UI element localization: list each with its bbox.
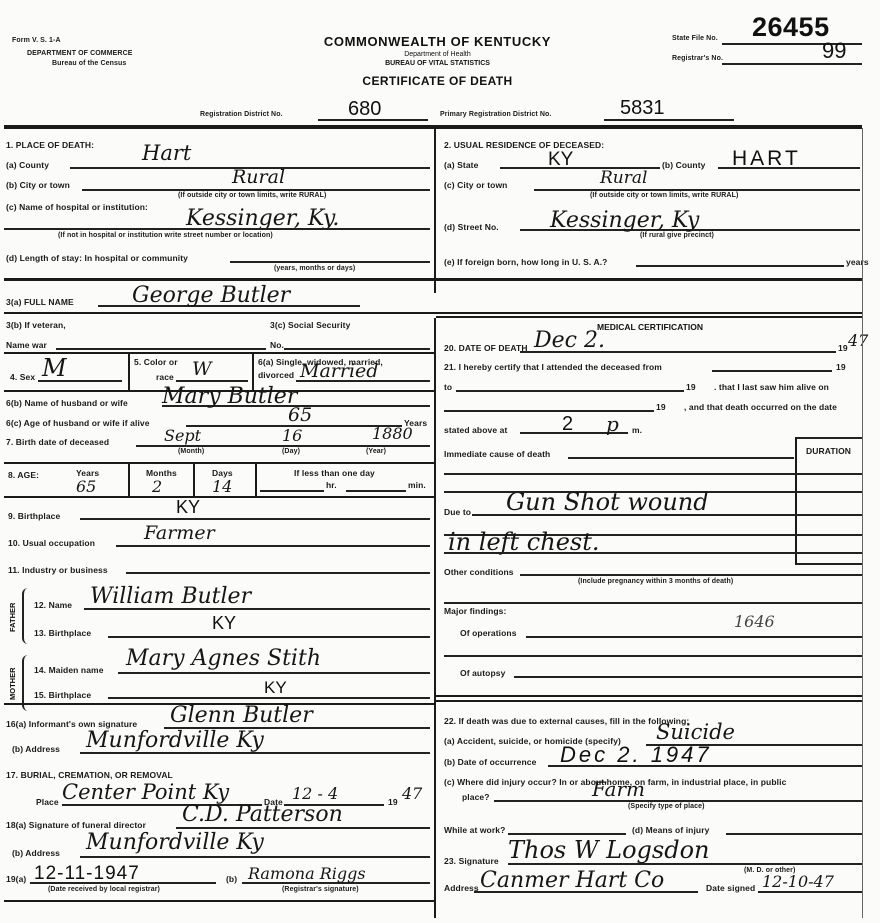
color-label: 5. Color or <box>134 357 178 367</box>
year-hint: (Year) <box>366 448 386 455</box>
place-of-death-heading: 1. PLACE OF DEATH: <box>6 140 94 150</box>
registrar-signature: Ramona Riggs <box>248 866 366 882</box>
duration-label: DURATION <box>806 446 851 456</box>
death-city-value: Rural <box>232 168 285 187</box>
birth-month-value: Sept <box>164 428 201 444</box>
death-city-label: (b) City or town <box>6 180 70 190</box>
physician-address-value: Canmer Hart Co <box>480 870 664 892</box>
res-city-label: (c) City or town <box>444 180 507 190</box>
form-number: Form V. S. 1-A <box>12 37 61 44</box>
death-county-value: Hart <box>142 143 191 164</box>
place-label: place? <box>462 792 490 802</box>
date-of-death-label: 20. DATE OF DEATH <box>444 343 528 353</box>
burial-place-value: Center Point Ky <box>62 782 229 803</box>
to-label: to <box>444 382 452 392</box>
manner-value: Suicide <box>656 722 735 743</box>
date-signed-value: 12-10-47 <box>762 874 834 890</box>
primary-district-value: 5831 <box>620 98 665 118</box>
registrar-no-label: Registrar's No. <box>672 55 723 62</box>
burial-year-prefix: 19 <box>388 797 398 807</box>
residence-heading: 2. USUAL RESIDENCE OF DECEASED: <box>444 140 604 150</box>
veteran-war-label: Name war <box>6 340 47 350</box>
foreign-born-suffix: years <box>846 257 869 267</box>
full-name-label: 3(a) FULL NAME <box>6 297 74 307</box>
certificate-title: CERTIFICATE OF DEATH <box>300 74 575 88</box>
father-birthplace-value: KY <box>212 614 236 632</box>
time-of-death-value: 2 <box>562 414 573 434</box>
received-date-value: 12-11-1947 <box>34 864 140 883</box>
burial-date-value: 12 - 4 <box>292 786 338 802</box>
length-of-stay-hint: (years, months or days) <box>274 265 355 272</box>
sex-label: 4. Sex <box>10 372 35 382</box>
m-label: m. <box>632 425 642 435</box>
informant-address-label: (b) Address <box>12 744 60 754</box>
due-to-value-1: Gun Shot wound <box>506 490 709 514</box>
hr-label: hr. <box>326 480 337 490</box>
spouse-label: 6(b) Name of husband or wife <box>6 398 128 408</box>
external-causes-heading: 22. If death was due to external causes,… <box>444 716 689 726</box>
min-label: min. <box>408 480 426 490</box>
day-hint: (Day) <box>282 448 300 455</box>
dod-year-prefix: 19 <box>838 343 848 353</box>
mother-birthplace-value: KY <box>264 679 287 696</box>
res-city-value: Rural <box>600 170 647 187</box>
received-label: 19(a) <box>6 874 26 884</box>
director-address-label: (b) Address <box>12 848 60 858</box>
dod-year-value: 47 <box>848 333 868 349</box>
res-county-value: HART <box>732 148 801 169</box>
am-pm-value: p <box>606 414 619 434</box>
hospital-label: (c) Name of hospital or institution: <box>6 202 148 212</box>
immediate-cause-label: Immediate cause of death <box>444 449 550 459</box>
informant-address-value: Munfordville Ky <box>86 730 264 752</box>
mother-name-value: Mary Agnes Stith <box>126 648 321 670</box>
father-name-value: William Butler <box>90 586 251 608</box>
date-of-death-value: Dec 2. <box>534 330 605 352</box>
occurrence-value: Dec 2. 1947 <box>560 744 712 766</box>
occurrence-label: (b) Date of occurrence <box>444 757 536 767</box>
month-hint: (Month) <box>178 448 204 455</box>
director-address-value: Munfordville Ky <box>86 832 264 854</box>
spouse-age-value: 65 <box>288 406 312 425</box>
birthplace-value: KY <box>176 498 200 516</box>
mother-birthplace-label: 15. Birthplace <box>34 690 91 700</box>
foreign-born-label: (e) If foreign born, how long in U. S. A… <box>444 257 607 267</box>
age-days-value: 14 <box>212 479 232 495</box>
other-conditions-hint: (Include pregnancy within 3 months of de… <box>578 578 733 585</box>
burial-place-label: Place <box>36 797 59 807</box>
dept-health: Department of Health <box>300 51 575 58</box>
occupation-value: Farmer <box>144 524 215 543</box>
attended-year-prefix: 19 <box>836 362 846 372</box>
age-label: 8. AGE: <box>8 470 39 480</box>
reg-district-value: 680 <box>348 99 381 119</box>
date-signed-label: Date signed <box>706 883 755 893</box>
age-months-value: 2 <box>152 479 162 495</box>
res-city-hint: (If outside city or town limits, write R… <box>590 192 738 199</box>
res-street-label: (d) Street No. <box>444 222 499 232</box>
stated-label: stated above at <box>444 425 507 435</box>
age-years-value: 65 <box>76 479 96 495</box>
occurred-year-prefix: 19 <box>656 402 666 412</box>
marital-label-2: divorced <box>258 370 294 380</box>
registrar-sig-hint: (Registrar's signature) <box>282 886 359 893</box>
spouse-value: Mary Butler <box>162 386 297 408</box>
funeral-director-signature: C.D. Patterson <box>182 804 343 826</box>
res-county-label: (b) County <box>662 160 706 170</box>
attended-label: 21. I hereby certify that I attended the… <box>444 362 662 372</box>
spouse-age-label: 6(c) Age of husband or wife if alive <box>6 418 150 428</box>
occupation-label: 10. Usual occupation <box>8 538 95 548</box>
informant-signature: Glenn Butler <box>170 705 313 727</box>
department-label: DEPARTMENT OF COMMERCE <box>27 50 133 57</box>
received-hint: (Date received by local registrar) <box>48 886 160 893</box>
other-conditions-label: Other conditions <box>444 567 514 577</box>
while-at-work-label: While at work? <box>444 825 505 835</box>
marital-value: Married <box>300 362 378 381</box>
primary-district-label: Primary Registration District No. <box>440 111 551 118</box>
race-label: race <box>156 372 174 382</box>
full-name-value: George Butler <box>132 285 290 307</box>
registrar-no-value: 99 <box>822 40 846 62</box>
place-hint: (Specify type of place) <box>628 803 705 810</box>
operations-note: 1646 <box>734 614 775 630</box>
res-street-hint: (If rural give precinct) <box>640 232 714 239</box>
sex-value: M <box>42 356 67 380</box>
industry-label: 11. Industry or business <box>8 565 108 575</box>
birth-day-value: 16 <box>282 428 302 444</box>
state-file-number: 26455 <box>752 12 830 43</box>
medical-cert-heading: MEDICAL CERTIFICATION <box>440 322 860 332</box>
birthplace-label: 9. Birthplace <box>8 511 60 521</box>
to-year-prefix: 19 <box>686 382 696 392</box>
ssn-label: 3(c) Social Security <box>270 320 350 330</box>
occurred-label: , and that death occurred on the date <box>684 402 837 412</box>
bureau-census-label: Bureau of the Census <box>52 60 126 67</box>
res-state-value: KY <box>548 150 573 169</box>
father-birthplace-label: 13. Birthplace <box>34 628 91 638</box>
reg-district-label: Registration District No. <box>200 111 283 118</box>
ssn-no-label: No. <box>270 340 284 350</box>
due-to-label: Due to <box>444 507 471 517</box>
funeral-director-label: 18(a) Signature of funeral director <box>6 820 146 830</box>
veteran-label: 3(b) If veteran, <box>6 320 66 330</box>
mother-name-label: 14. Maiden name <box>34 665 104 675</box>
hospital-value: Kessinger, Ky. <box>186 208 339 230</box>
death-city-hint: (If outside city or town limits, write R… <box>178 192 326 199</box>
less-than-day-label: If less than one day <box>294 468 375 478</box>
last-saw-label: . that I last saw him alive on <box>714 382 829 392</box>
place-value: Farm <box>592 779 645 799</box>
registrar-sig-label: (b) <box>226 874 237 884</box>
res-state-label: (a) State <box>444 160 478 170</box>
birth-year-value: 1880 <box>372 426 413 442</box>
due-to-value-2: in left chest. <box>448 530 600 554</box>
hospital-hint: (If not in hospital or institution write… <box>58 232 273 239</box>
burial-year-value: 47 <box>402 786 422 802</box>
res-street-value: Kessinger, Ky <box>550 210 699 232</box>
burial-heading: 17. BURIAL, CREMATION, OR REMOVAL <box>6 770 173 780</box>
means-label: (d) Means of injury <box>632 825 709 835</box>
father-name-label: 12. Name <box>34 600 72 610</box>
state-file-label: State File No. <box>672 35 718 42</box>
document-title: COMMONWEALTH OF KENTUCKY <box>300 34 575 49</box>
operations-label: Of operations <box>460 628 517 638</box>
major-findings-label: Major findings: <box>444 606 506 616</box>
physician-signature: Thos W Logsdon <box>508 838 710 862</box>
signature-label: 23. Signature <box>444 856 499 866</box>
bureau-vital-stats: BUREAU OF VITAL STATISTICS <box>300 60 575 67</box>
autopsy-label: Of autopsy <box>460 668 505 678</box>
birth-date-label: 7. Birth date of deceased <box>6 437 109 447</box>
father-side-label: FATHER <box>8 603 17 632</box>
mother-side-label: MOTHER <box>8 668 17 701</box>
length-of-stay-label: (d) Length of stay: In hospital or commu… <box>6 253 188 263</box>
death-county-label: (a) County <box>6 160 49 170</box>
race-value: W <box>192 360 212 379</box>
